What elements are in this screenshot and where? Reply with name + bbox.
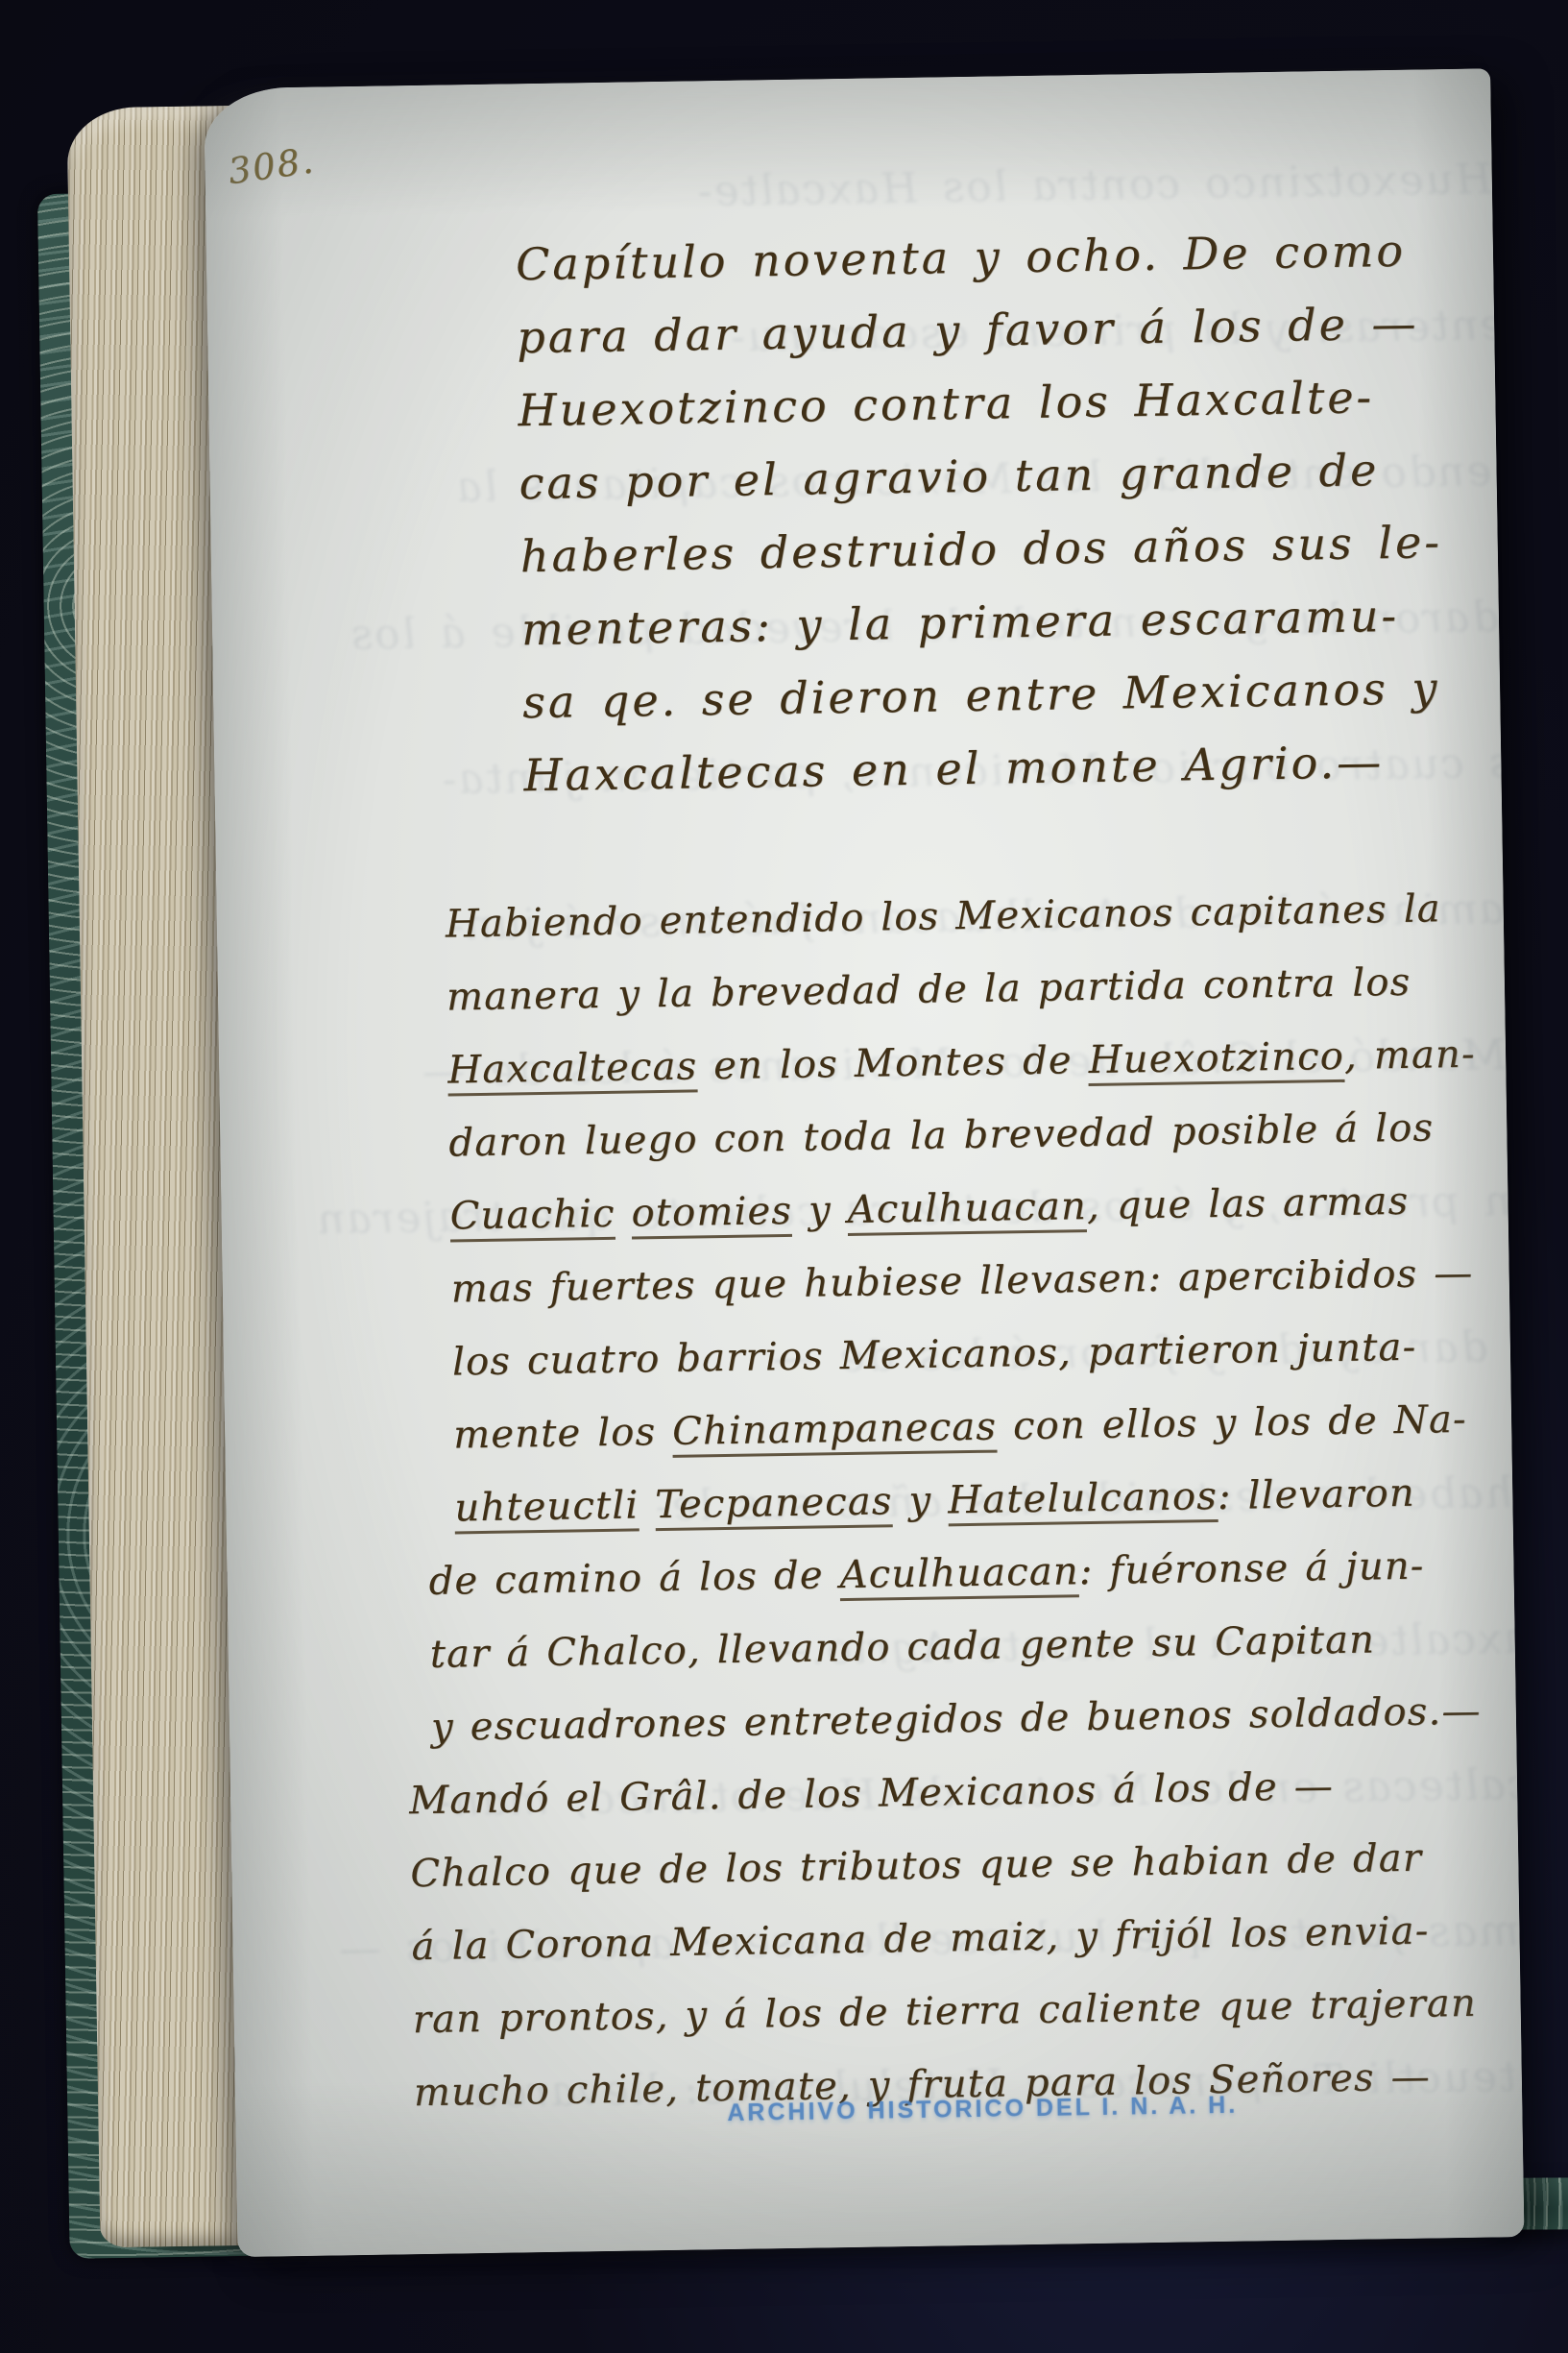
underlined-word: Haxcaltecas <box>447 1044 698 1096</box>
manuscript-page: Huexotzinco contra los Haxcalte-menteras… <box>204 68 1524 2257</box>
photo-background: Huexotzinco contra los Haxcalte-menteras… <box>0 0 1568 2353</box>
underlined-word: uhteuctli <box>454 1483 639 1534</box>
text-run: , que las armas <box>1087 1179 1410 1228</box>
underlined-word: otomies <box>631 1189 792 1240</box>
text-run: : fuéronse á jun- <box>1078 1544 1424 1594</box>
text-run: mente los <box>453 1410 673 1458</box>
underlined-word: Cuachic <box>449 1192 615 1243</box>
text-run: , man- <box>1344 1032 1476 1079</box>
folio-number: 308. <box>226 139 317 192</box>
text-run: los cuatro barrios Mexicanos, partieron … <box>452 1325 1417 1385</box>
text-run: y <box>892 1478 948 1523</box>
title-line: Haxcaltecas en el monte Agrio.— <box>523 724 1446 812</box>
underlined-word: Huexotzinco <box>1088 1034 1344 1086</box>
text-run: á la Corona Mexicana de maiz, y frijól l… <box>411 1909 1429 1970</box>
text-run: de camino á los de <box>428 1553 840 1604</box>
underlined-word: Hatelulcanos <box>948 1474 1218 1526</box>
underlined-word: Aculhuacan <box>847 1184 1087 1236</box>
text-run: tar á Chalco, llevando cada gente su Cap… <box>429 1617 1375 1676</box>
text-run: : llevaron <box>1218 1471 1416 1518</box>
text-run: en los Montes de <box>697 1038 1089 1088</box>
text-run: y escuadrones entretegidos de buenos sol… <box>431 1689 1482 1750</box>
text-run: mas fuertes que hubiese llevasen: aperci… <box>450 1251 1473 1312</box>
text-run: Chalco que de los tributos que se habian… <box>410 1836 1422 1897</box>
underlined-word: Chinampanecas <box>672 1405 998 1458</box>
book: Huexotzinco contra los Haxcalte-menteras… <box>36 61 1534 2288</box>
text-run: ran prontos, y á los de tierra caliente … <box>412 1981 1477 2042</box>
underlined-word: Aculhuacan <box>839 1549 1079 1601</box>
text-run <box>639 1483 656 1527</box>
text-run: y <box>792 1188 848 1233</box>
text-run: con ellos y los de Na- <box>997 1397 1467 1449</box>
chapter-title: Capítulo noventa y ocho. De comopara dar… <box>515 213 1445 812</box>
text-run: Habiendo entendido los Mexicanos capitan… <box>446 886 1442 946</box>
text-run <box>615 1192 632 1236</box>
body-text: Habiendo entendido los Mexicanos capitan… <box>445 872 1492 2129</box>
text-run: daron luego con toda la brevedad posible… <box>448 1105 1434 1165</box>
underlined-word: Tecpanecas <box>655 1479 893 1531</box>
text-run: manera y la brevedad de la partida contr… <box>446 960 1411 1020</box>
text-run: Mandó el Grâl. de los Mexicanos á los de… <box>409 1764 1334 1823</box>
